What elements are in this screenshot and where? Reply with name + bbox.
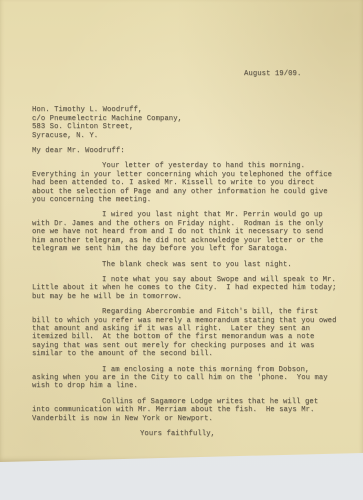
salutation: My dear Mr. Woodruff: — [32, 147, 337, 155]
body-paragraph-4: I note what you say about Swope and will… — [32, 276, 337, 301]
letter-content: August 19/09. Hon. Timothy L. Woodruff, … — [0, 0, 363, 438]
scanned-letter-view: August 19/09. Hon. Timothy L. Woodruff, … — [0, 0, 363, 500]
letter-date: August 19/09. — [244, 70, 337, 78]
body-paragraph-6: I am enclosing a note this morning from … — [32, 366, 337, 391]
body-paragraph-7: Collins of Sagamore Lodge writes that he… — [32, 398, 337, 423]
recipient-name-line: Hon. Timothy L. Woodruff, — [32, 106, 337, 114]
recipient-street-line: 583 So. Clinton Street, — [32, 123, 337, 131]
letter-page: August 19/09. Hon. Timothy L. Woodruff, … — [0, 0, 363, 462]
recipient-city-line: Syracuse, N. Y. — [32, 132, 337, 140]
closing-valediction: Yours faithfully, — [140, 430, 337, 438]
body-paragraph-1: Your letter of yesterday to hand this mo… — [32, 162, 337, 204]
body-paragraph-2: I wired you last night that Mr. Perrin w… — [32, 211, 337, 253]
recipient-company-line: c/o Pneumelectric Machine Company, — [32, 115, 337, 123]
body-paragraph-3: The blank check was sent to you last nig… — [32, 261, 337, 269]
recipient-address: Hon. Timothy L. Woodruff, c/o Pneumelect… — [32, 106, 337, 140]
body-paragraph-5: Regarding Abercrombie and Fitch's bill, … — [32, 308, 337, 358]
